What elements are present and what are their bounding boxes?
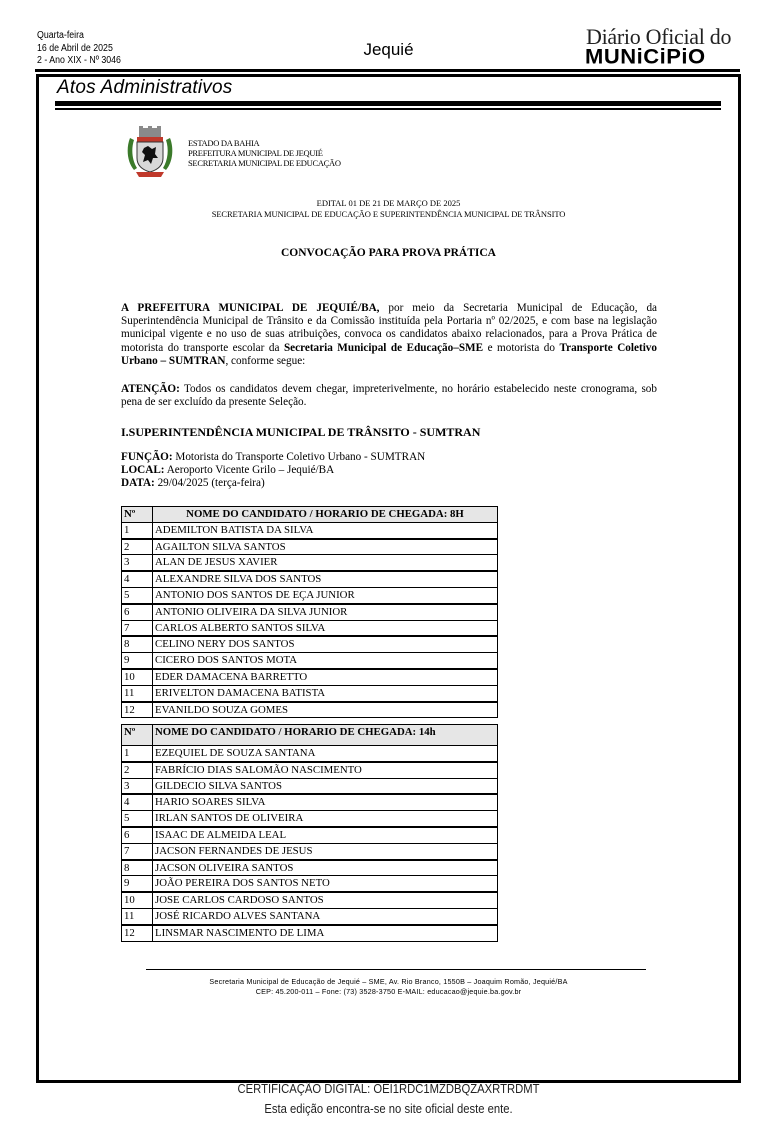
candidate-number: 11 (122, 685, 153, 701)
function-value: Motorista do Transporte Coletivo Urbano … (173, 451, 426, 463)
candidate-name: JACSON FERNANDES DE JESUS (153, 843, 498, 859)
institution-lines: ESTADO DA BAHIA PREFEITURA MUNICIPAL DE … (188, 138, 341, 168)
candidate-number: 2 (122, 762, 153, 778)
candidate-number: 3 (122, 778, 153, 794)
candidate-name: EDER DAMACENA BARRETTO (153, 669, 498, 685)
table-row: 4ALEXANDRE SILVA DOS SANTOS (122, 571, 498, 587)
column-header-number: Nº (122, 725, 153, 746)
table-row: 8JACSON OLIVEIRA SANTOS (122, 860, 498, 876)
table-row: 7JACSON FERNANDES DE JESUS (122, 843, 498, 859)
section-rule-thick (55, 101, 721, 106)
candidate-name: CICERO DOS SANTOS MOTA (153, 653, 498, 669)
candidate-name: IRLAN SANTOS DE OLIVEIRA (153, 811, 498, 827)
attention-text: Todos os candidatos devem chegar, impret… (121, 383, 657, 408)
candidate-name: EVANILDO SOUZA GOMES (153, 702, 498, 718)
column-header-name: NOME DO CANDIDATO / HORARIO DE CHEGADA: … (153, 725, 498, 746)
candidate-name: JOÃO PEREIRA DOS SANTOS NETO (153, 876, 498, 892)
prefecture-name: PREFEITURA MUNICIPAL DE JEQUIÉ (188, 148, 341, 158)
table-row: 1ADEMILTON BATISTA DA SILVA (122, 522, 498, 538)
candidate-name: ALEXANDRE SILVA DOS SANTOS (153, 571, 498, 587)
candidate-name: JOSE CARLOS CARDOSO SANTOS (153, 892, 498, 908)
candidate-name: GILDECIO SILVA SANTOS (153, 778, 498, 794)
table-row: 3ALAN DE JESUS XAVIER (122, 555, 498, 571)
candidate-name: CELINO NERY DOS SANTOS (153, 636, 498, 652)
location-line: LOCAL: Aeroporto Vicente Grilo – Jequié/… (121, 464, 425, 477)
exam-info: FUNÇÃO: Motorista do Transporte Coletivo… (121, 451, 425, 491)
table-row: 6ANTONIO OLIVEIRA DA SILVA JUNIOR (122, 604, 498, 620)
date-value: 29/04/2025 (terça-feira) (155, 477, 265, 489)
candidate-number: 4 (122, 794, 153, 810)
candidate-name: ERIVELTON DAMACENA BATISTA (153, 685, 498, 701)
masthead-divider (35, 69, 740, 72)
table-row: 12EVANILDO SOUZA GOMES (122, 702, 498, 718)
intro-paragraph: A PREFEITURA MUNICIPAL DE JEQUIÉ/BA, por… (121, 302, 657, 368)
candidate-number: 12 (122, 925, 153, 941)
candidate-number: 5 (122, 587, 153, 603)
date-label: DATA: (121, 477, 155, 489)
intro-lead: A PREFEITURA MUNICIPAL DE JEQUIÉ/BA, (121, 302, 379, 314)
footer-contact: CEP: 45.200-011 – Fone: (73) 3528-3750 E… (0, 987, 777, 996)
candidate-number: 5 (122, 811, 153, 827)
candidate-name: FABRÍCIO DIAS SALOMÃO NASCIMENTO (153, 762, 498, 778)
candidate-number: 8 (122, 636, 153, 652)
table-row: 9JOÃO PEREIRA DOS SANTOS NETO (122, 876, 498, 892)
candidate-name: ANTONIO DOS SANTOS DE EÇA JUNIOR (153, 587, 498, 603)
candidate-number: 9 (122, 653, 153, 669)
table-row: 9CICERO DOS SANTOS MOTA (122, 653, 498, 669)
candidates-table-8h: NºNOME DO CANDIDATO / HORARIO DE CHEGADA… (121, 506, 498, 718)
intro-sme: Secretaria Municipal de Educação–SME (284, 342, 483, 354)
table-row: 1EZEQUIEL DE SOUZA SANTANA (122, 746, 498, 762)
footer-divider (146, 969, 646, 970)
table-row: 7CARLOS ALBERTO SANTOS SILVA (122, 620, 498, 636)
candidate-name: ISAAC DE ALMEIDA LEAL (153, 827, 498, 843)
candidate-number: 10 (122, 892, 153, 908)
candidate-number: 7 (122, 843, 153, 859)
table-row: 5IRLAN SANTOS DE OLIVEIRA (122, 811, 498, 827)
location-label: LOCAL: (121, 464, 165, 476)
candidate-name: JACSON OLIVEIRA SANTOS (153, 860, 498, 876)
secretariat-name: SECRETARIA MUNICIPAL DE EDUCAÇÃO (188, 158, 341, 168)
candidate-number: 7 (122, 620, 153, 636)
location-value: Aeroporto Vicente Grilo – Jequié/BA (165, 464, 335, 476)
table-row: 4HARIO SOARES SILVA (122, 794, 498, 810)
digital-certification: CERTIFICAÇÃO DIGITAL: OEI1RDC1MZDBQZAXRT… (39, 1082, 738, 1096)
column-header-number: Nº (122, 507, 153, 523)
state-name: ESTADO DA BAHIA (188, 138, 341, 148)
edital-issuer: SECRETARIA MUNICIPAL DE EDUCAÇÃO E SUPER… (0, 209, 777, 219)
document-title: CONVOCAÇÃO PARA PROVA PRÁTICA (0, 247, 777, 259)
column-header-name: NOME DO CANDIDATO / HORARIO DE CHEGADA: … (153, 507, 498, 523)
candidate-number: 2 (122, 539, 153, 555)
candidate-name: JOSÉ RICARDO ALVES SANTANA (153, 908, 498, 924)
candidate-number: 10 (122, 669, 153, 685)
section-rule-thin (55, 108, 721, 110)
table-header-row: NºNOME DO CANDIDATO / HORARIO DE CHEGADA… (122, 725, 498, 746)
date-line: DATA: 29/04/2025 (terça-feira) (121, 477, 425, 490)
candidate-name: AGAILTON SILVA SANTOS (153, 539, 498, 555)
candidate-number: 1 (122, 746, 153, 762)
candidate-name: HARIO SOARES SILVA (153, 794, 498, 810)
table-row: 8CELINO NERY DOS SANTOS (122, 636, 498, 652)
section-title: Atos Administrativos (57, 77, 232, 99)
newspaper-logo-municipio: MUNiCiPiO (585, 45, 706, 70)
function-line: FUNÇÃO: Motorista do Transporte Coletivo… (121, 451, 425, 464)
candidate-name: LINSMAR NASCIMENTO DE LIMA (153, 925, 498, 941)
candidate-number: 4 (122, 571, 153, 587)
intro-text-2: e motorista do (483, 342, 559, 354)
table-row: 3GILDECIO SILVA SANTOS (122, 778, 498, 794)
attention-label: ATENÇÃO: (121, 383, 180, 395)
table-row: 12LINSMAR NASCIMENTO DE LIMA (122, 925, 498, 941)
candidate-number: 6 (122, 827, 153, 843)
table-row: 10EDER DAMACENA BARRETTO (122, 669, 498, 685)
table-row: 11JOSÉ RICARDO ALVES SANTANA (122, 908, 498, 924)
table-row: 2FABRÍCIO DIAS SALOMÃO NASCIMENTO (122, 762, 498, 778)
attention-paragraph: ATENÇÃO: Todos os candidatos devem chega… (121, 383, 657, 409)
intro-text-3: , conforme segue: (225, 355, 305, 367)
footer-address: Secretaria Municipal de Educação de Jequ… (0, 977, 777, 986)
table-row: 11ERIVELTON DAMACENA BATISTA (122, 685, 498, 701)
candidate-name: CARLOS ALBERTO SANTOS SILVA (153, 620, 498, 636)
table-header-row: NºNOME DO CANDIDATO / HORARIO DE CHEGADA… (122, 507, 498, 523)
candidates-table-14h: NºNOME DO CANDIDATO / HORARIO DE CHEGADA… (121, 724, 498, 942)
candidate-number: 1 (122, 522, 153, 538)
table-row: 5ANTONIO DOS SANTOS DE EÇA JUNIOR (122, 587, 498, 603)
candidate-name: ADEMILTON BATISTA DA SILVA (153, 522, 498, 538)
edital-number: EDITAL 01 DE 21 DE MARÇO DE 2025 (0, 198, 777, 208)
table-row: 2AGAILTON SILVA SANTOS (122, 539, 498, 555)
candidate-number: 6 (122, 604, 153, 620)
candidate-number: 9 (122, 876, 153, 892)
candidate-number: 11 (122, 908, 153, 924)
candidate-name: ANTONIO OLIVEIRA DA SILVA JUNIOR (153, 604, 498, 620)
table-row: 6ISAAC DE ALMEIDA LEAL (122, 827, 498, 843)
section-heading: I.SUPERINTENDÊNCIA MUNICIPAL DE TRÂNSITO… (121, 425, 480, 440)
candidate-name: EZEQUIEL DE SOUZA SANTANA (153, 746, 498, 762)
candidate-number: 12 (122, 702, 153, 718)
function-label: FUNÇÃO: (121, 451, 173, 463)
candidate-name: ALAN DE JESUS XAVIER (153, 555, 498, 571)
table-row: 10JOSE CARLOS CARDOSO SANTOS (122, 892, 498, 908)
candidate-number: 8 (122, 860, 153, 876)
candidate-number: 3 (122, 555, 153, 571)
coat-of-arms-icon (124, 124, 176, 180)
site-note: Esta edição encontra-se no site oficial … (39, 1102, 738, 1116)
